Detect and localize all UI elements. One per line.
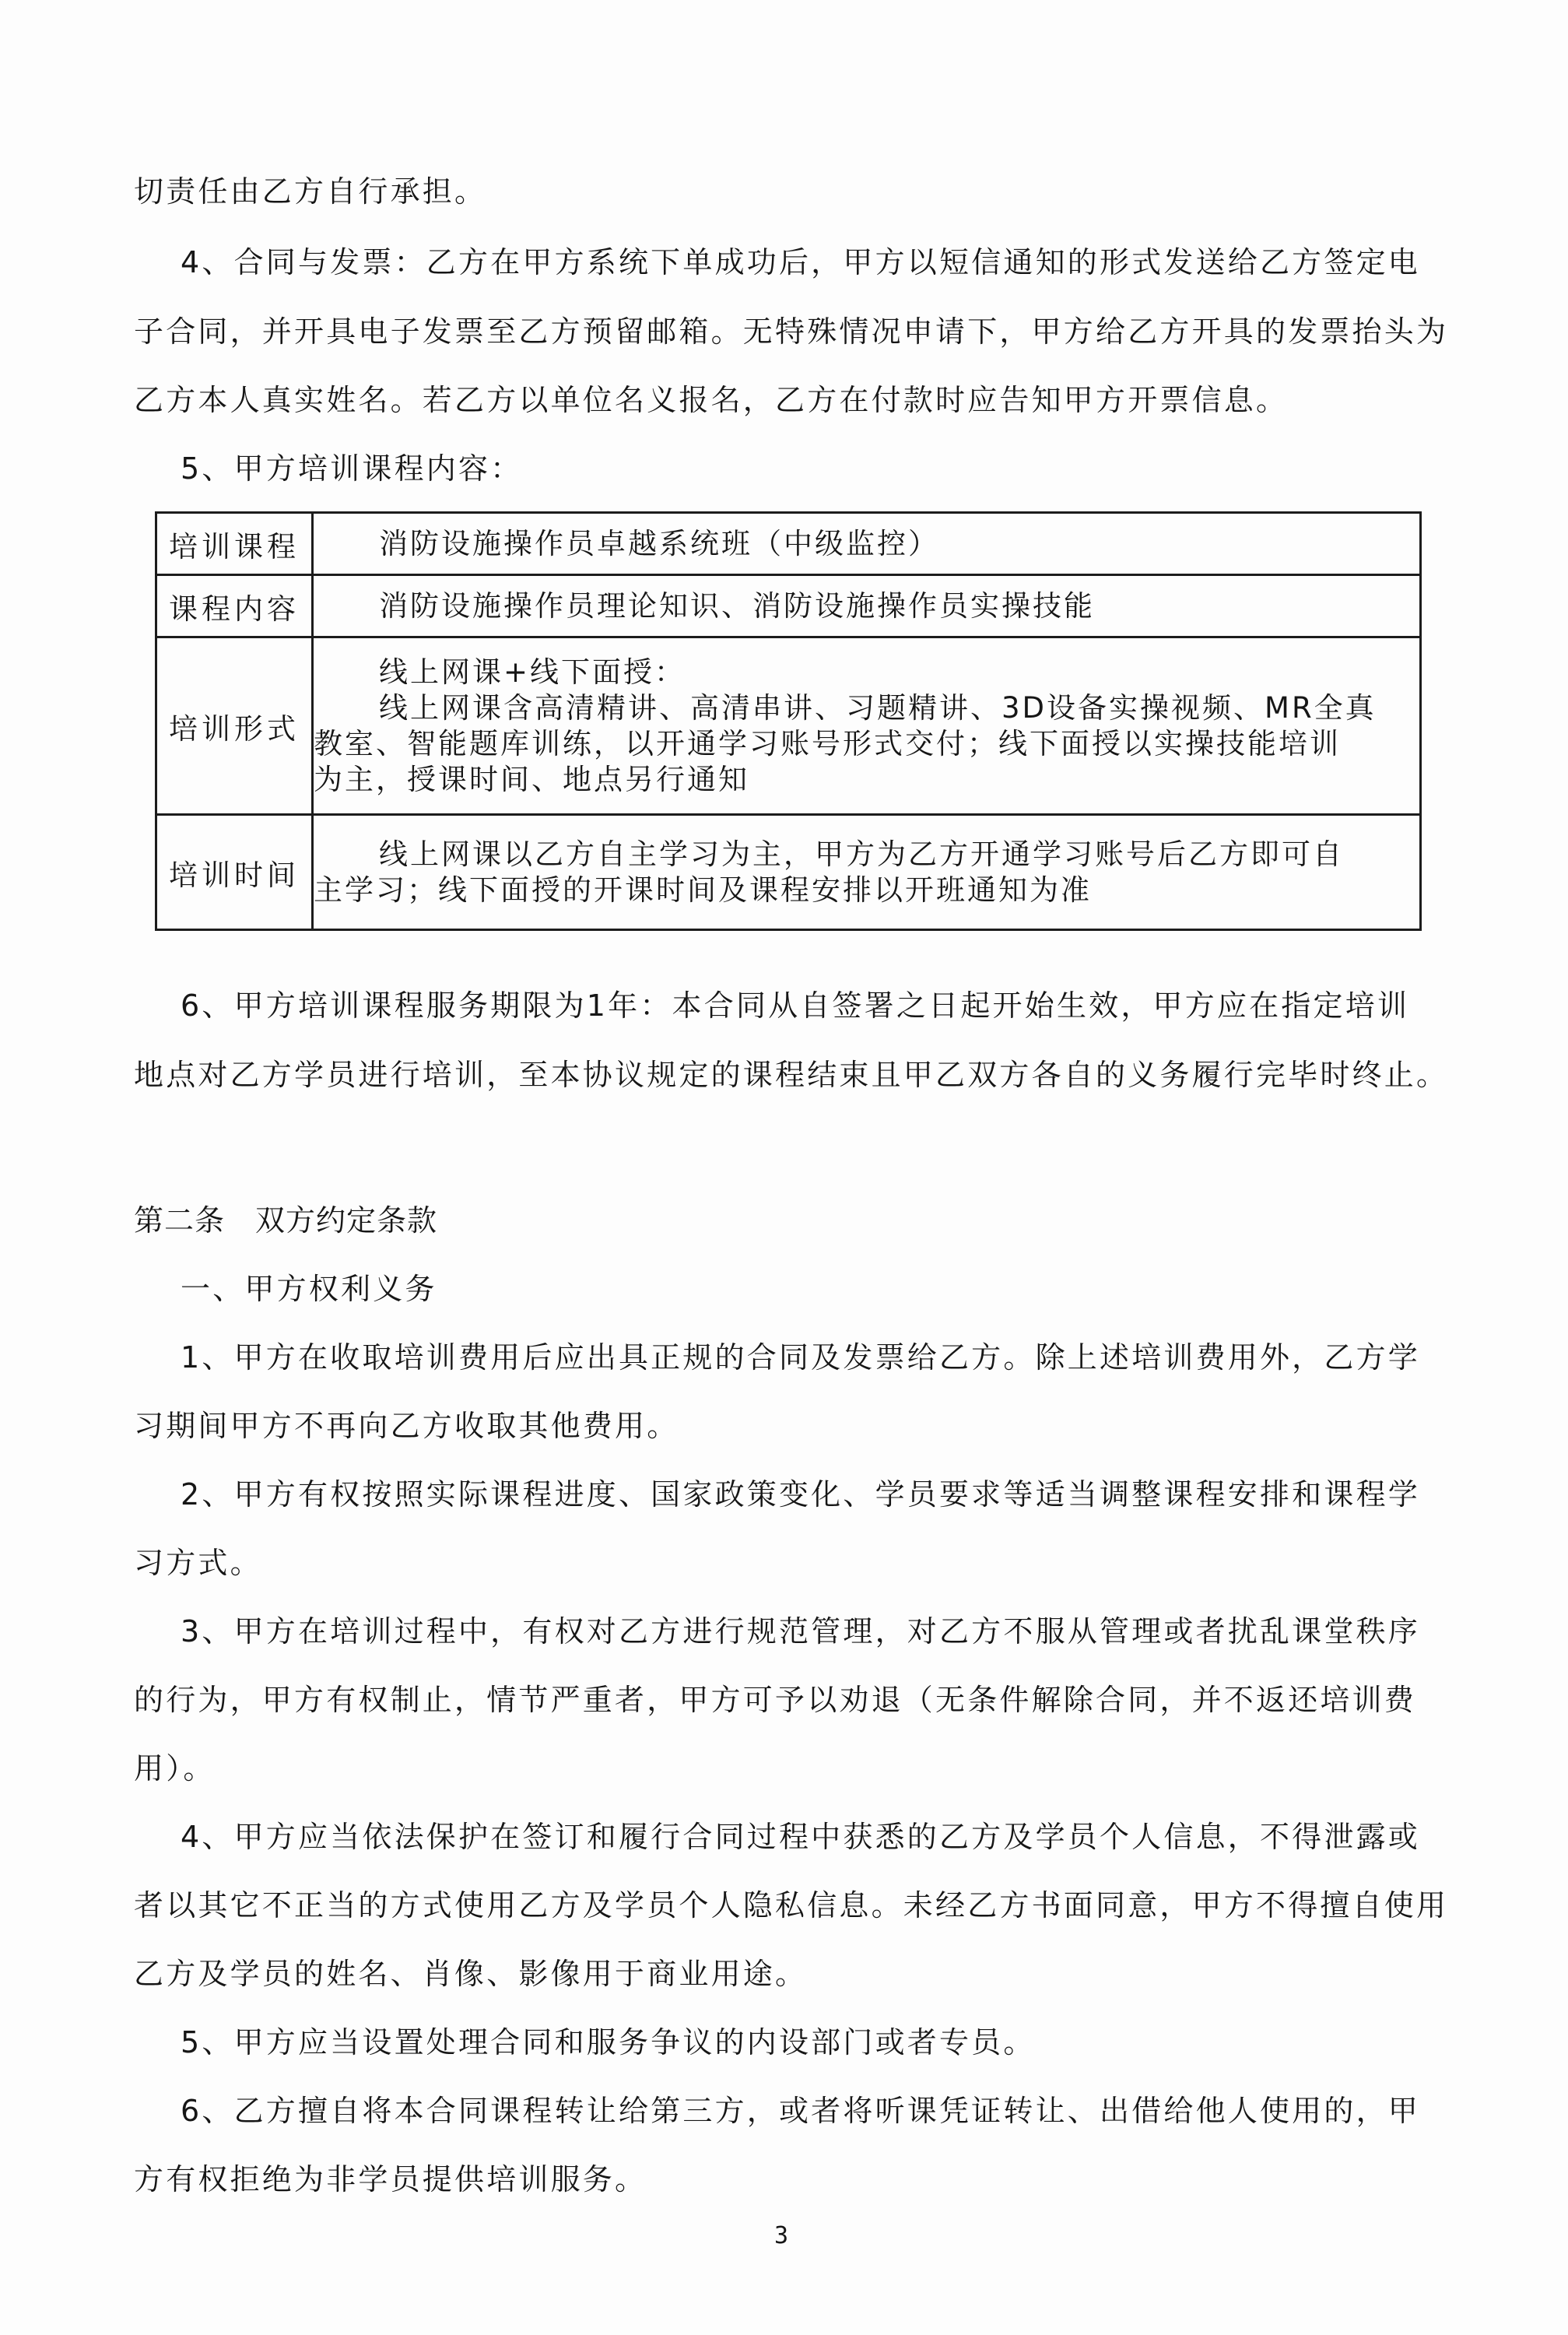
row-value: 线上网课+线下面授： 线上网课含高清精讲、高清串讲、习题精讲、3D设备实操视频、… bbox=[313, 637, 1421, 815]
row-label: 培训课程 bbox=[156, 513, 313, 575]
paragraph-line: 2、甲方有权按照实际课程进度、国家政策变化、学员要求等适当调整课程安排和课程学 bbox=[181, 1476, 1433, 1513]
paragraph-line: 习方式。 bbox=[134, 1544, 1433, 1582]
paragraph-line: 切责任由乙方自行承担。 bbox=[134, 173, 1433, 210]
article-title: 第二条 双方约定条款 bbox=[134, 1202, 1433, 1239]
clause-4-line: 4、合同与发票：乙方在甲方系统下单成功后，甲方以短信通知的形式发送给乙方签定电 bbox=[181, 244, 1433, 281]
clause-6-line: 6、甲方培训课程服务期限为1年：本合同从自签署之日起开始生效，甲方应在指定培训 bbox=[181, 987, 1433, 1024]
cell-text: 为主，授课时间、地点另行通知 bbox=[314, 762, 1419, 798]
document-page: 切责任由乙方自行承担。 4、合同与发票：乙方在甲方系统下单成功后，甲方以短信通知… bbox=[0, 0, 1568, 2335]
paragraph-line: 1、甲方在收取培训费用后应出具正规的合同及发票给乙方。除上述培训费用外，乙方学 bbox=[181, 1339, 1433, 1376]
cell-text: 线上网课+线下面授： bbox=[314, 655, 1419, 690]
row-label: 课程内容 bbox=[156, 575, 313, 637]
cell-text: 消防设施操作员卓越系统班（中级监控） bbox=[314, 526, 1419, 562]
row-value: 线上网课以乙方自主学习为主，甲方为乙方开通学习账号后乙方即可自 主学习；线下面授… bbox=[313, 815, 1421, 930]
table-row: 培训形式 线上网课+线下面授： 线上网课含高清精讲、高清串讲、习题精讲、3D设备… bbox=[156, 637, 1421, 815]
row-value: 消防设施操作员理论知识、消防设施操作员实操技能 bbox=[313, 575, 1421, 637]
row-value: 消防设施操作员卓越系统班（中级监控） bbox=[313, 513, 1421, 575]
clause-6-line: 地点对乙方学员进行培训，至本协议规定的课程结束且甲乙双方各自的义务履行完毕时终止… bbox=[134, 1056, 1433, 1094]
paragraph-line: 6、乙方擅自将本合同课程转让给第三方，或者将听课凭证转让、出借给他人使用的，甲 bbox=[181, 2092, 1433, 2130]
cell-text: 教室、智能题库训练，以开通学习账号形式交付；线下面授以实操技能培训 bbox=[314, 726, 1419, 762]
clause-4-line: 子合同，并开具电子发票至乙方预留邮箱。无特殊情况申请下，甲方给乙方开具的发票抬头… bbox=[134, 313, 1433, 350]
paragraph-line: 者以其它不正当的方式使用乙方及学员个人隐私信息。未经乙方书面同意，甲方不得擅自使… bbox=[134, 1887, 1433, 1924]
paragraph-line: 用）。 bbox=[134, 1750, 1433, 1787]
cell-text: 消防设施操作员理论知识、消防设施操作员实操技能 bbox=[314, 588, 1419, 624]
paragraph-line: 5、甲方应当设置处理合同和服务争议的内设部门或者专员。 bbox=[181, 2024, 1433, 2061]
clause-4-line: 乙方本人真实姓名。若乙方以单位名义报名，乙方在付款时应告知甲方开票信息。 bbox=[134, 381, 1433, 419]
table-row: 培训课程 消防设施操作员卓越系统班（中级监控） bbox=[156, 513, 1421, 575]
paragraph-line: 的行为，甲方有权制止，情节严重者，甲方可予以劝退（无条件解除合同，并不返还培训费 bbox=[134, 1681, 1433, 1719]
paragraph-line: 3、甲方在培训过程中，有权对乙方进行规范管理，对乙方不服从管理或者扰乱课堂秩序 bbox=[181, 1613, 1433, 1650]
paragraph-line: 4、甲方应当依法保护在签订和履行合同过程中获悉的乙方及学员个人信息，不得泄露或 bbox=[181, 1818, 1433, 1856]
cell-text: 主学习；线下面授的开课时间及课程安排以开班通知为准 bbox=[314, 873, 1419, 908]
paragraph-line: 习期间甲方不再向乙方收取其他费用。 bbox=[134, 1407, 1433, 1445]
row-label: 培训形式 bbox=[156, 637, 313, 815]
table-row: 培训时间 线上网课以乙方自主学习为主，甲方为乙方开通学习账号后乙方即可自 主学习… bbox=[156, 815, 1421, 930]
table-row: 课程内容 消防设施操作员理论知识、消防设施操作员实操技能 bbox=[156, 575, 1421, 637]
cell-text: 线上网课含高清精讲、高清串讲、习题精讲、3D设备实操视频、MR全真 bbox=[314, 690, 1419, 726]
paragraph-line: 方有权拒绝为非学员提供培训服务。 bbox=[134, 2161, 1433, 2198]
course-table: 培训课程 消防设施操作员卓越系统班（中级监控） 课程内容 消防设施操作员理论知识… bbox=[155, 511, 1422, 931]
page-number: 3 bbox=[774, 2222, 788, 2249]
section-subtitle: 一、甲方权利义务 bbox=[181, 1270, 1433, 1308]
cell-text: 线上网课以乙方自主学习为主，甲方为乙方开通学习账号后乙方即可自 bbox=[314, 837, 1419, 873]
row-label: 培训时间 bbox=[156, 815, 313, 930]
paragraph-line: 乙方及学员的姓名、肖像、影像用于商业用途。 bbox=[134, 1955, 1433, 1993]
clause-5-line: 5、甲方培训课程内容： bbox=[181, 450, 1433, 487]
